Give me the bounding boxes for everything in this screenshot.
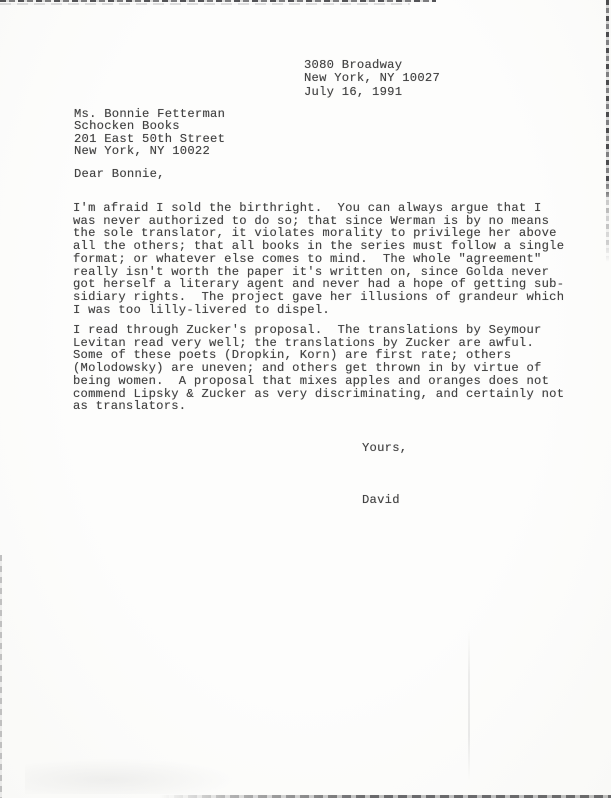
signature-name: David <box>362 493 400 507</box>
body-paragraph-2: I read through Zucker's proposal. The tr… <box>73 324 564 413</box>
recipient-address-block: Ms. Bonnie Fetterman Schocken Books 201 … <box>74 108 225 158</box>
scan-artifact-smudge <box>25 758 235 794</box>
scan-artifact-right-edge <box>606 0 609 262</box>
closing: Yours, <box>362 441 407 455</box>
body-paragraph-1: I'm afraid I sold the birthright. You ca… <box>73 202 564 316</box>
scan-artifact-left-edge <box>0 555 2 798</box>
scan-artifact-fold-line <box>468 630 470 780</box>
sender-address-block: 3080 Broadway New York, NY 10027 July 16… <box>304 59 440 99</box>
scan-artifact-top-edge <box>0 0 436 6</box>
letter-page: 3080 Broadway New York, NY 10027 July 16… <box>0 0 611 798</box>
salutation: Dear Bonnie, <box>74 168 165 181</box>
